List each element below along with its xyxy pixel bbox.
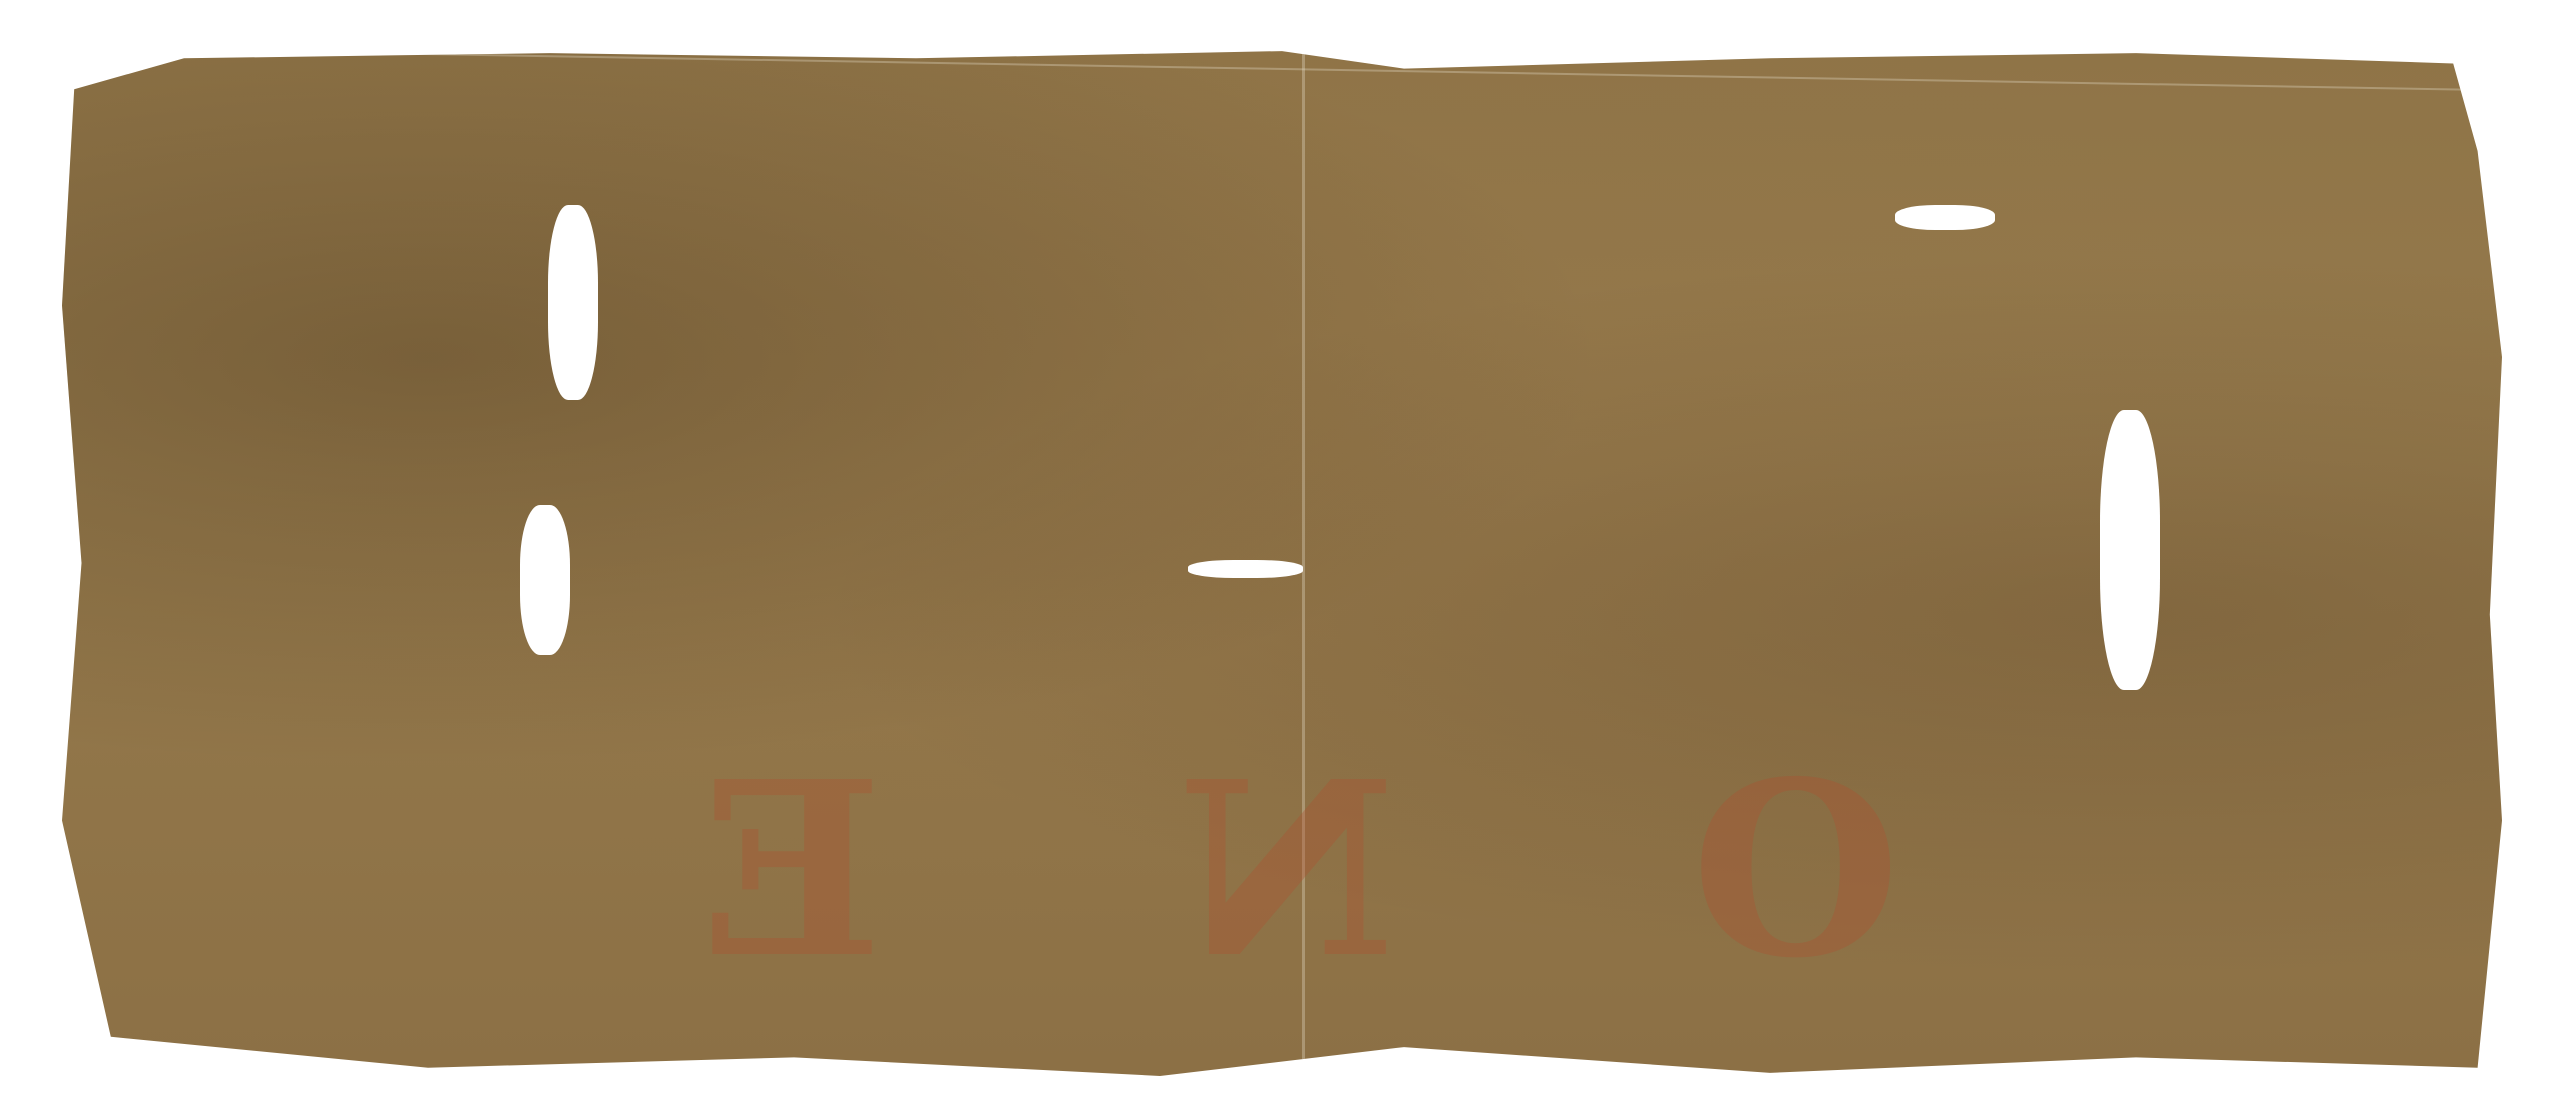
fold-line [62,47,2502,92]
hole [1188,560,1303,578]
watermark-letter: E [700,750,883,990]
hole [548,205,598,400]
hole [2100,410,2160,690]
hole [520,505,570,655]
hole [1895,205,1995,230]
watermark-letter: O [1691,750,1900,990]
watermark-letter: N [1177,750,1396,990]
watermark-letters: E N O [700,740,1900,1000]
